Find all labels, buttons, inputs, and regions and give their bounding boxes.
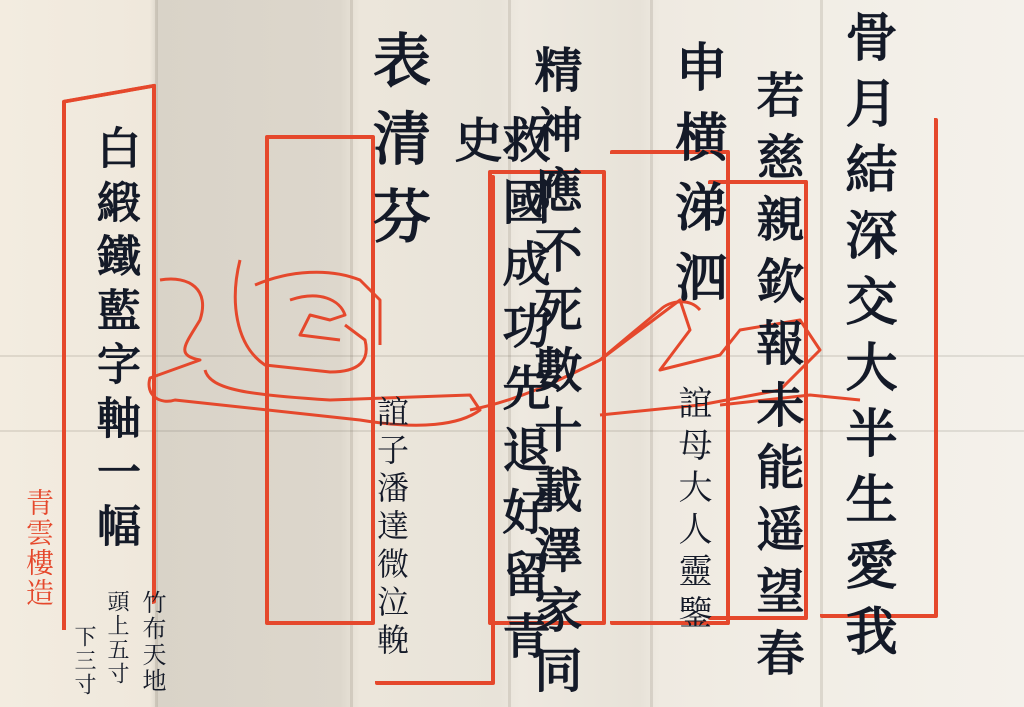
left-note-sub-3: 下三寸 [72, 625, 94, 697]
red-frame-left-edge [62, 470, 66, 630]
left-note-sub-2: 頭上五寸 [105, 590, 127, 686]
recipient-dedication: 誼母大人靈鑒 [675, 385, 709, 637]
maker-seal-text: 青雲樓造 [24, 488, 52, 608]
left-note-main: 白緞鐵藍字軸一幅 [92, 125, 136, 557]
text-column-2: 若慈親欽報未能遥望春 [752, 70, 800, 690]
text-column-7: 表清芬 [368, 30, 426, 264]
text-column-6: 救國成功先退好留青史 [450, 115, 546, 707]
signature: 誼子潘達微泣輓 [375, 395, 407, 661]
left-note-sub-1: 竹布天地 [140, 590, 164, 694]
document-photo: 骨月結深交大半生愛我 若慈親欽報未能遥望春 申横涕泗 誼母大人靈鑒 精神應不死數… [0, 0, 1024, 707]
text-column-3: 申横涕泗 [670, 40, 722, 320]
text-column-1: 骨月結深交大半生愛我 [840, 10, 892, 670]
